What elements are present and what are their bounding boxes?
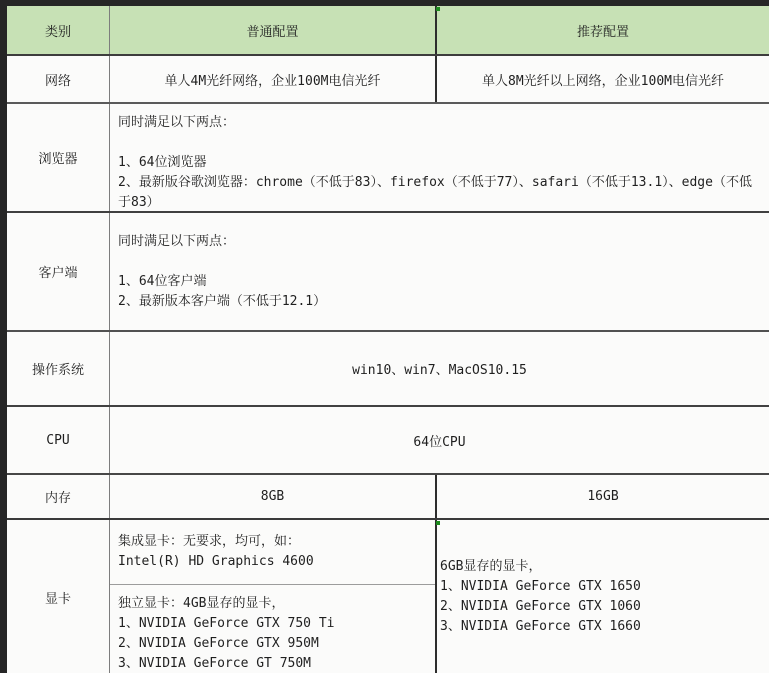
row-label-memory[interactable]: 内存 [7,475,110,518]
blank-line [118,252,761,272]
row-label-network[interactable]: 网络 [7,56,110,102]
cell-cpu-value[interactable]: 64位CPU [110,407,769,473]
table-row-memory: 内存 8GB 16GB [7,475,769,520]
table-row-gpu: 显卡 集成显卡：无要求，均可，如： Intel(R) HD Graphics 4… [7,520,769,673]
gpu-recommended-item: 1、NVIDIA GeForce GTX 1650 [440,577,763,597]
row-label-os[interactable]: 操作系统 [7,332,110,405]
row-label-gpu[interactable]: 显卡 [7,520,110,673]
cell-gpu-normal: 集成显卡：无要求，均可，如： Intel(R) HD Graphics 4600… [110,520,437,673]
cell-network-normal[interactable]: 单人4M光纤网络，企业100M电信光纤 [110,56,437,102]
table-row-browser: 浏览器 同时满足以下两点： 1、64位浏览器 2、最新版谷歌浏览器：chrome… [7,104,769,213]
cell-gpu-discrete[interactable]: 独立显卡：4GB显存的显卡， 1、NVIDIA GeForce GTX 750 … [110,585,435,673]
row-label-cpu[interactable]: CPU [7,407,110,473]
gpu-recommended-item: 3、NVIDIA GeForce GTX 1660 [440,617,763,637]
gpu-integrated-title: 集成显卡：无要求，均可，如： [118,532,427,552]
header-cell-category[interactable]: 类别 [7,6,110,54]
gpu-discrete-item: 3、NVIDIA GeForce GT 750M [118,654,427,673]
cell-memory-normal[interactable]: 8GB [110,475,437,518]
blank-line [118,133,761,153]
cell-browser-requirements[interactable]: 同时满足以下两点： 1、64位浏览器 2、最新版谷歌浏览器：chrome（不低于… [110,104,769,211]
table-row-os: 操作系统 win10、win7、MacOS10.15 [7,332,769,407]
client-item-1: 1、64位客户端 [118,272,761,292]
cell-client-requirements[interactable]: 同时满足以下两点： 1、64位客户端 2、最新版本客户端（不低于12.1） [110,213,769,330]
cell-gpu-integrated[interactable]: 集成显卡：无要求，均可，如： Intel(R) HD Graphics 4600 [110,520,435,585]
gpu-recommended-item: 2、NVIDIA GeForce GTX 1060 [440,597,763,617]
cell-selection-tick-icon [436,7,440,11]
table-header-row: 类别 普通配置 推荐配置 [7,6,769,56]
cell-network-recommended[interactable]: 单人8M光纤以上网络，企业100M电信光纤 [437,56,769,102]
client-item-2: 2、最新版本客户端（不低于12.1） [118,292,761,312]
gpu-discrete-item: 2、NVIDIA GeForce GTX 950M [118,634,427,654]
header-cell-normal-config[interactable]: 普通配置 [110,6,437,54]
gpu-discrete-item: 1、NVIDIA GeForce GTX 750 Ti [118,614,427,634]
client-intro-line: 同时满足以下两点： [118,232,761,252]
table-row-client: 客户端 同时满足以下两点： 1、64位客户端 2、最新版本客户端（不低于12.1… [7,213,769,332]
gpu-integrated-example: Intel(R) HD Graphics 4600 [118,552,427,572]
gpu-discrete-title: 独立显卡：4GB显存的显卡， [118,594,427,614]
requirements-screenshot: 类别 普通配置 推荐配置 网络 单人4M光纤网络，企业100M电信光纤 单人8M… [0,0,769,673]
gpu-recommended-title: 6GB显存的显卡， [440,557,763,577]
browser-item-1: 1、64位浏览器 [118,153,761,173]
cell-memory-recommended[interactable]: 16GB [437,475,769,518]
table-row-cpu: CPU 64位CPU [7,407,769,475]
row-label-client[interactable]: 客户端 [7,213,110,330]
cell-os-value[interactable]: win10、win7、MacOS10.15 [110,332,769,405]
browser-item-2: 2、最新版谷歌浏览器：chrome（不低于83）、firefox（不低于77）、… [118,173,761,213]
requirements-table: 类别 普通配置 推荐配置 网络 单人4M光纤网络，企业100M电信光纤 单人8M… [7,6,769,673]
row-label-browser[interactable]: 浏览器 [7,104,110,211]
cell-gpu-recommended[interactable]: 6GB显存的显卡， 1、NVIDIA GeForce GTX 1650 2、NV… [437,520,769,673]
browser-intro-line: 同时满足以下两点： [118,113,761,133]
cell-selection-tick-icon [436,521,440,525]
table-row-network: 网络 单人4M光纤网络，企业100M电信光纤 单人8M光纤以上网络，企业100M… [7,56,769,104]
header-cell-recommended-config[interactable]: 推荐配置 [437,6,769,54]
